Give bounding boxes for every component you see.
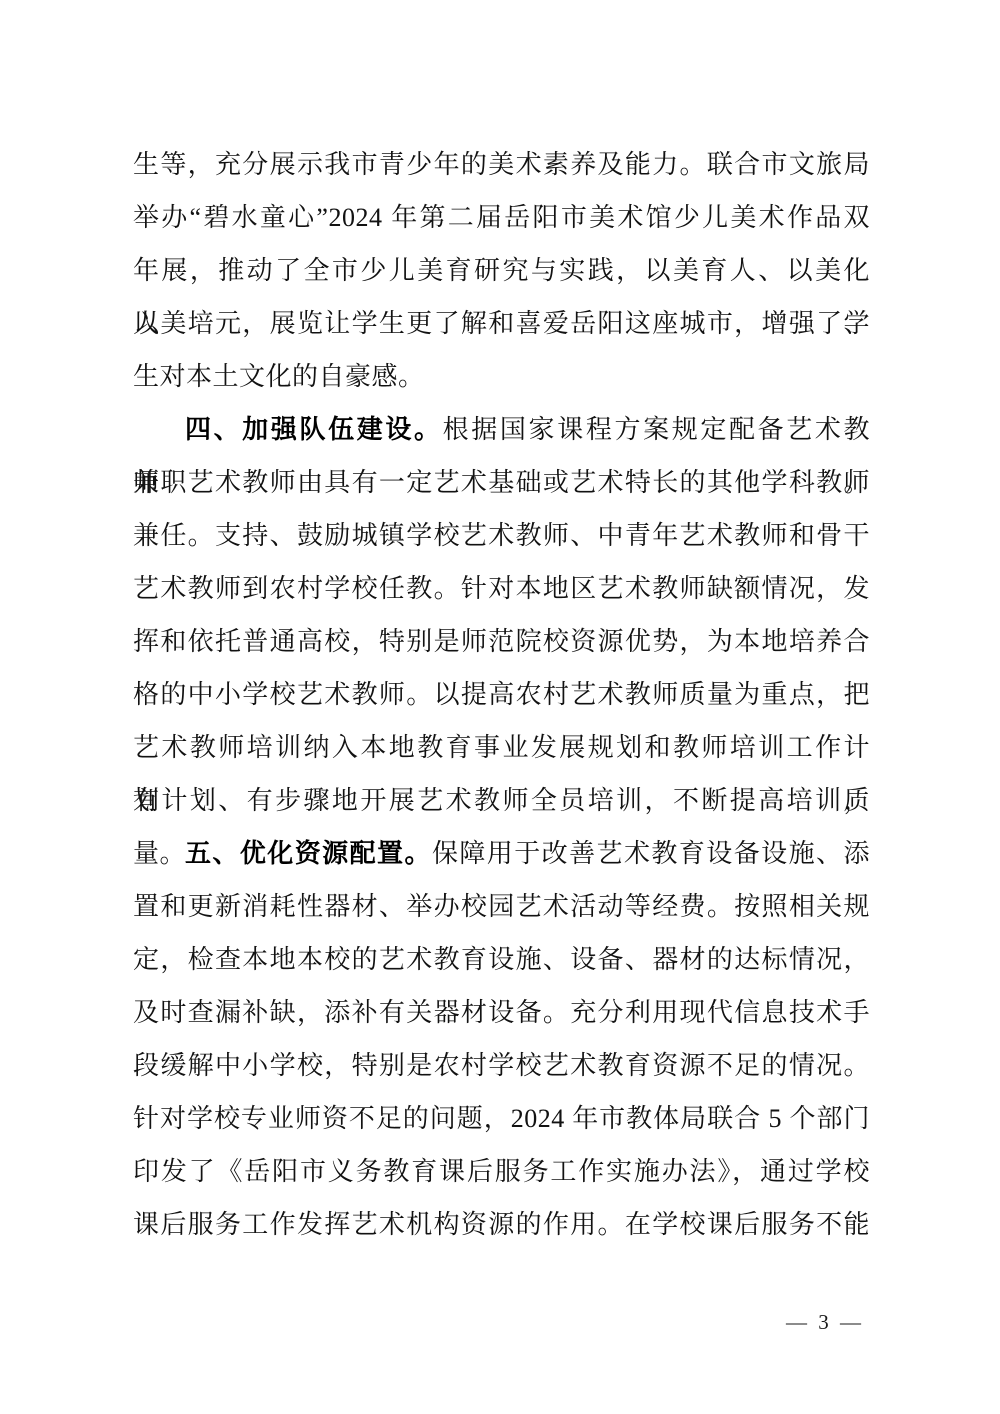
text-line: 针对学校专业师资不足的问题，2024 年市教体局联合 5 个部门 <box>133 1092 870 1145</box>
text-line: 艺术教师培训纳入本地教育事业发展规划和教师培训工作计划， <box>133 721 870 774</box>
text-line: 课后服务工作发挥艺术机构资源的作用。在学校课后服务不能 <box>133 1198 870 1251</box>
text-line: 及时查漏补缺，添补有关器材设备。充分利用现代信息技术手 <box>133 986 870 1039</box>
text-line: 四、加强队伍建设。根据国家课程方案规定配备艺术教师。 <box>133 403 870 456</box>
text-line: 定，检查本地本校的艺术教育设施、设备、器材的达标情况， <box>133 933 870 986</box>
text-line: 五、优化资源配置。保障用于改善艺术教育设备设施、添 <box>133 827 870 880</box>
document-body: 生等，充分展示我市青少年的美术素养及能力。联合市文旅局 举办“碧水童心”2024… <box>133 138 870 1251</box>
text-line: 以美培元，展览让学生更了解和喜爱岳阳这座城市，增强了学 <box>133 297 870 350</box>
document-page: 生等，充分展示我市青少年的美术素养及能力。联合市文旅局 举办“碧水童心”2024… <box>0 0 1000 1414</box>
section-lead-text: 保障用于改善艺术教育设备设施、添 <box>432 839 870 868</box>
text-line: 置和更新消耗性器材、举办校园艺术活动等经费。按照相关规 <box>133 880 870 933</box>
section-heading-five: 五、优化资源配置。 <box>185 838 432 868</box>
text-line: 段缓解中小学校，特别是农村学校艺术教育资源不足的情况。 <box>133 1039 870 1092</box>
section-heading-four: 四、加强队伍建设。 <box>185 414 443 444</box>
text-line: 格的中小学校艺术教师。以提高农村艺术教师质量为重点，把 <box>133 668 870 721</box>
text-line: 有计划、有步骤地开展艺术教师全员培训，不断提高培训质量。 <box>133 774 870 827</box>
text-line: 兼任。支持、鼓励城镇学校艺术教师、中青年艺术教师和骨干 <box>133 509 870 562</box>
text-line: 艺术教师到农村学校任教。针对本地区艺术教师缺额情况，发 <box>133 562 870 615</box>
text-line: 年展，推动了全市少儿美育研究与实践，以美育人、以美化人、 <box>133 244 870 297</box>
text-line: 生对本土文化的自豪感。 <box>133 350 870 403</box>
text-line: 生等，充分展示我市青少年的美术素养及能力。联合市文旅局 <box>133 138 870 191</box>
text-line: 印发了《岳阳市义务教育课后服务工作实施办法》，通过学校 <box>133 1145 870 1198</box>
text-line: 兼职艺术教师由具有一定艺术基础或艺术特长的其他学科教师 <box>133 456 870 509</box>
page-number: — 3 — <box>786 1310 864 1335</box>
text-line: 举办“碧水童心”2024 年第二届岳阳市美术馆少儿美术作品双 <box>133 191 870 244</box>
text-line: 挥和依托普通高校，特别是师范院校资源优势，为本地培养合 <box>133 615 870 668</box>
